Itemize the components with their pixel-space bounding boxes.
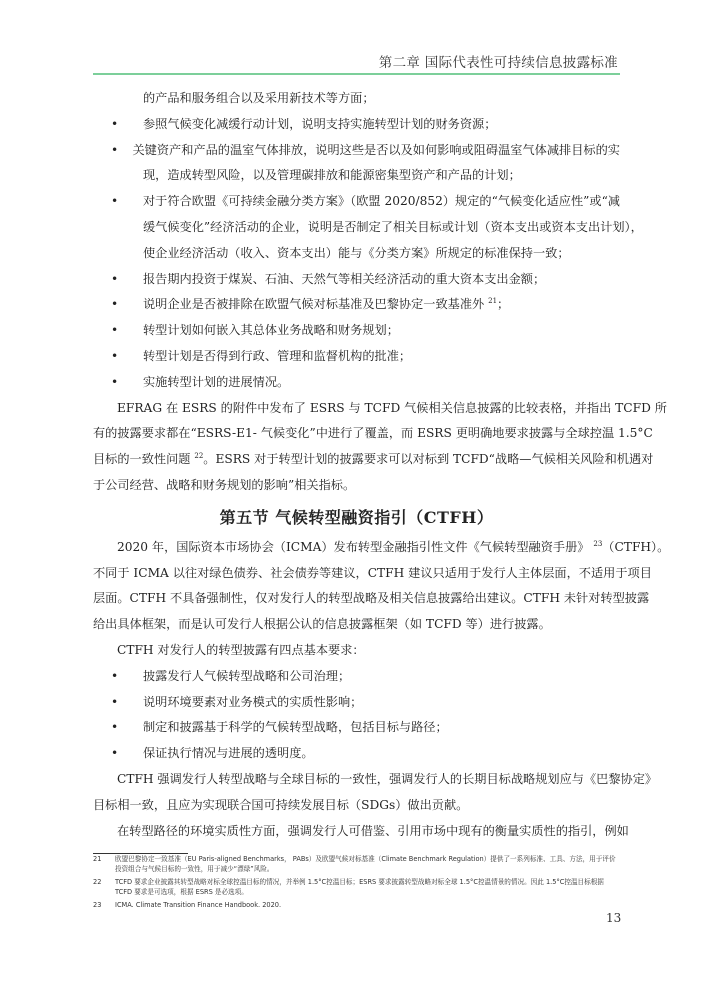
ctfh-paragraph: 2020 年，国际资本市场协会（ICMA）发布转型金融指引性文件《气候转型融资手… — [93, 535, 620, 638]
list-item: • 参照气候变化减缓行动计划，说明支持实施转型计划的财务资源； — [93, 112, 620, 138]
list-item: • 保证执行情况与进展的透明度。 — [93, 741, 620, 767]
bullet-icon: • — [93, 741, 143, 767]
bullet-icon: • — [93, 664, 143, 690]
footnote-ref-21[interactable]: 21 — [488, 297, 497, 305]
footnote-21: 21 欧盟巴黎协定一致基准（EU Paris-aligned Benchmark… — [93, 855, 620, 874]
list-item: • 转型计划是否得到行政、管理和监督机构的批准； — [93, 344, 620, 370]
list-item-continuation: 缓气候变化”经济活动的企业，说明是否制定了相关目标或计划（资本支出或资本支出计划… — [93, 215, 620, 241]
materiality-paragraph: 在转型路径的环境实质性方面，强调发行人可借鉴、引用市场中现有的衡量实质性的指引，… — [93, 819, 620, 845]
bullet-icon: • — [93, 344, 143, 370]
bullet-icon: • — [93, 690, 143, 716]
bullet-icon: • — [93, 370, 143, 396]
requirements-intro: CTFH 对发行人的转型披露有四点基本要求： — [93, 638, 620, 664]
bullet-icon: • — [93, 292, 143, 318]
bullet-icon: • — [93, 715, 143, 741]
list-item: • 转型计划如何嵌入其总体业务战略和财务规划； — [93, 318, 620, 344]
section-title: 第五节 气候转型融资指引（CTFH） — [93, 501, 620, 535]
list-item: • 对于符合欧盟《可持续金融分类方案》（欧盟 2020/852）规定的“气候变化… — [93, 189, 620, 215]
list-item: • 说明企业是否被排除在欧盟气候对标基准及巴黎协定一致基准外 21； — [93, 292, 620, 318]
footnote-23: 23 ICMA. Climate Transition Finance Hand… — [93, 901, 620, 911]
alignment-paragraph: CTFH 强调发行人转型战略与全球目标的一致性，强调发行人的长期目标战略规划应与… — [93, 767, 620, 819]
continuation-line: 的产品和服务组合以及采用新技术等方面； — [93, 86, 620, 112]
disclosure-bullet-list: • 参照气候变化减缓行动计划，说明支持实施转型计划的财务资源； • 关键资产和产… — [93, 112, 620, 396]
bullet-icon: • — [93, 318, 143, 344]
list-item: • 报告期内投资于煤炭、石油、天然气等相关经济活动的重大资本支出金额； — [93, 267, 620, 293]
footnote-ref-22[interactable]: 22 — [194, 452, 203, 460]
bullet-icon: • — [93, 267, 143, 293]
list-item-continuation: 使企业经济活动（收入、资本支出）能与《分类方案》所规定的标准保持一致； — [93, 241, 620, 267]
list-item: • 说明环境要素对业务模式的实质性影响； — [93, 690, 620, 716]
list-item: • 披露发行人气候转型战略和公司治理； — [93, 664, 620, 690]
bullet-icon: • — [93, 138, 133, 164]
list-item-continuation: 现，造成转型风险，以及管理碳排放和能源密集型资产和产品的计划； — [93, 163, 620, 189]
footnote-ref-23[interactable]: 23 — [593, 540, 602, 548]
footnote-22: 22 TCFD 要求企业披露其转型战略对标全球控温目标的情况，并举例 1.5°C… — [93, 878, 620, 897]
chapter-header-title: 第二章 国际代表性可持续信息披露标准 — [379, 51, 618, 71]
page-number: 13 — [606, 911, 621, 925]
header-divider — [93, 73, 620, 75]
list-item: • 关键资产和产品的温室气体排放，说明这些是否以及如何影响或阻碍温室气体减排目标… — [93, 138, 620, 164]
bullet-icon: • — [93, 112, 143, 138]
bullet-icon: • — [93, 189, 143, 215]
footnote-divider — [93, 853, 188, 854]
requirements-bullet-list: • 披露发行人气候转型战略和公司治理； • 说明环境要素对业务模式的实质性影响；… — [93, 664, 620, 767]
list-item: • 实施转型计划的进展情况。 — [93, 370, 620, 396]
efrag-paragraph: EFRAG 在 ESRS 的附件中发布了 ESRS 与 TCFD 气候相关信息披… — [93, 396, 620, 499]
list-item: • 制定和披露基于科学的气候转型战略，包括目标与路径； — [93, 715, 620, 741]
footnotes: 21 欧盟巴黎协定一致基准（EU Paris-aligned Benchmark… — [93, 855, 620, 915]
page-body: 的产品和服务组合以及采用新技术等方面； • 参照气候变化减缓行动计划，说明支持实… — [93, 86, 620, 844]
